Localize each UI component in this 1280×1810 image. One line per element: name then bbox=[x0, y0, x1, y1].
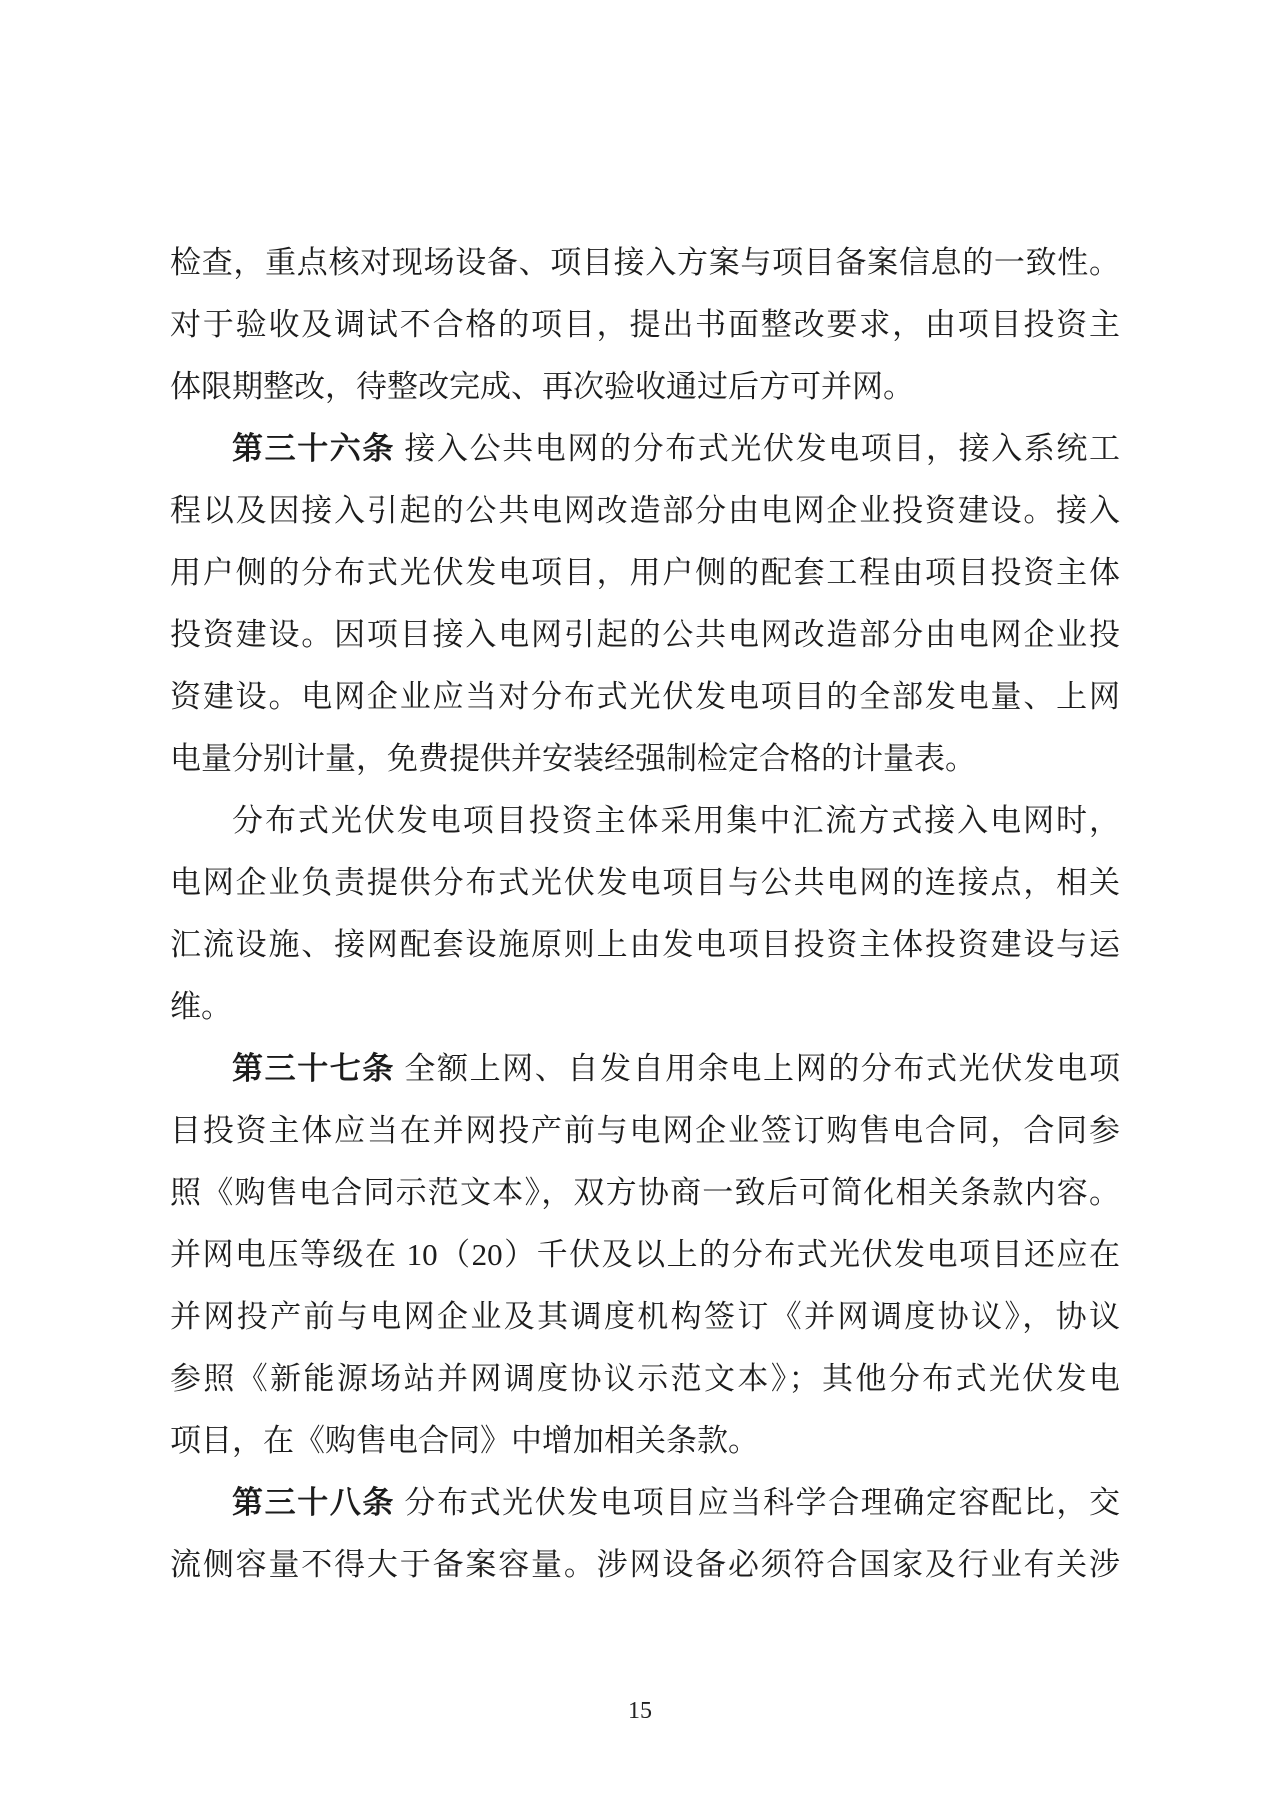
text-line: 第三十八条 分布式光伏发电项目应当科学合理确定容配比，交 bbox=[170, 1472, 1120, 1534]
text-line: 维。 bbox=[170, 976, 1120, 1038]
text-line: 第三十六条 接入公共电网的分布式光伏发电项目，接入系统工 bbox=[170, 418, 1120, 480]
page-number: 15 bbox=[0, 1696, 1280, 1726]
text-line: 分布式光伏发电项目投资主体采用集中汇流方式接入电网时， bbox=[170, 790, 1120, 852]
text-line: 汇流设施、接网配套设施原则上由发电项目投资主体投资建设与运 bbox=[170, 914, 1120, 976]
text-line: 第三十七条 全额上网、自发自用余电上网的分布式光伏发电项 bbox=[170, 1038, 1120, 1100]
text-line: 对于验收及调试不合格的项目，提出书面整改要求，由项目投资主 bbox=[170, 294, 1120, 356]
text-line: 用户侧的分布式光伏发电项目，用户侧的配套工程由项目投资主体 bbox=[170, 542, 1120, 604]
text-line: 检查，重点核对现场设备、项目接入方案与项目备案信息的一致性。 bbox=[170, 232, 1120, 294]
text-line: 电网企业负责提供分布式光伏发电项目与公共电网的连接点，相关 bbox=[170, 852, 1120, 914]
article-number: 第三十六条 bbox=[232, 431, 395, 466]
text-line: 并网电压等级在 10（20）千伏及以上的分布式光伏发电项目还应在 bbox=[170, 1224, 1120, 1286]
text-line: 投资建设。因项目接入电网引起的公共电网改造部分由电网企业投 bbox=[170, 604, 1120, 666]
text-line: 资建设。电网企业应当对分布式光伏发电项目的全部发电量、上网 bbox=[170, 666, 1120, 728]
text-line: 照《购售电合同示范文本》，双方协商一致后可简化相关条款内容。 bbox=[170, 1162, 1120, 1224]
text-line: 程以及因接入引起的公共电网改造部分由电网企业投资建设。接入 bbox=[170, 480, 1120, 542]
text-line: 项目，在《购售电合同》中增加相关条款。 bbox=[170, 1410, 1120, 1472]
text-line: 体限期整改，待整改完成、再次验收通过后方可并网。 bbox=[170, 356, 1120, 418]
text-line: 并网投产前与电网企业及其调度机构签订《并网调度协议》，协议 bbox=[170, 1286, 1120, 1348]
text-line: 流侧容量不得大于备案容量。涉网设备必须符合国家及行业有关涉 bbox=[170, 1534, 1120, 1596]
text-line: 参照《新能源场站并网调度协议示范文本》；其他分布式光伏发电 bbox=[170, 1348, 1120, 1410]
document-lines: 检查，重点核对现场设备、项目接入方案与项目备案信息的一致性。对于验收及调试不合格… bbox=[170, 232, 1120, 1596]
article-number: 第三十七条 bbox=[232, 1051, 395, 1086]
article-number: 第三十八条 bbox=[232, 1485, 395, 1520]
text-line: 电量分别计量，免费提供并安装经强制检定合格的计量表。 bbox=[170, 728, 1120, 790]
document-page: 检查，重点核对现场设备、项目接入方案与项目备案信息的一致性。对于验收及调试不合格… bbox=[0, 0, 1280, 1810]
text-line: 目投资主体应当在并网投产前与电网企业签订购售电合同，合同参 bbox=[170, 1100, 1120, 1162]
